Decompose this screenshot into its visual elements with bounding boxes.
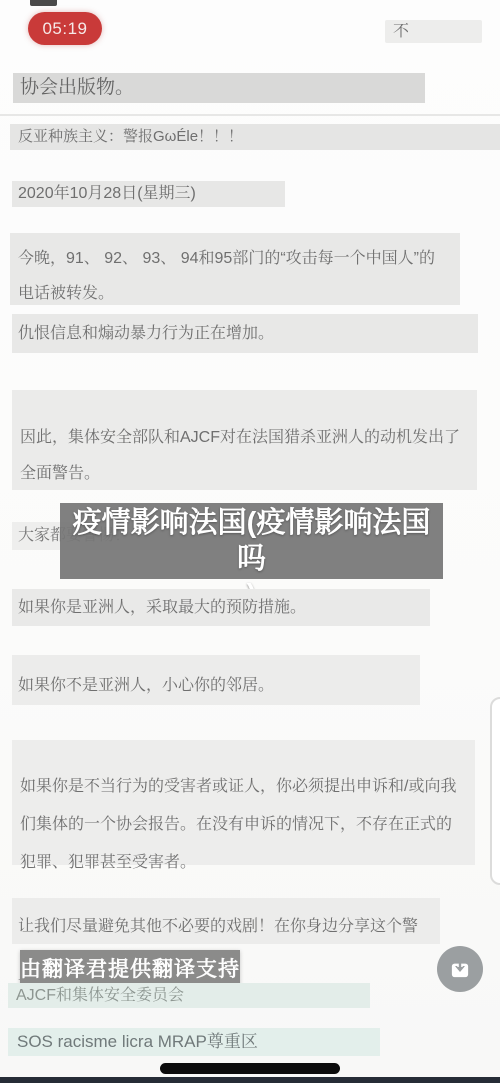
message-paragraph-neighbors: 如果你不是亚洲人，小心你的邻居。 <box>12 655 420 705</box>
reply-chip[interactable]: 不 <box>385 20 482 43</box>
bottom-edge-bar <box>0 1077 500 1083</box>
message-date: 2020年10月28日(星期三) <box>12 181 285 207</box>
section-divider <box>0 114 500 116</box>
home-indicator[interactable] <box>160 1063 340 1074</box>
message-paragraph-complaint: 如果你是不当行为的受害者或证人，你必须提出申诉和/或向我们集体的一个协会报告。在… <box>12 740 475 865</box>
message-paragraph-share: 让我们尽量避免其他不必要的戏剧！在你身边分享这个警报。 <box>12 898 440 944</box>
message-paragraph-warning: 因此，集体安全部队和AJCF对在法国猎杀亚洲人的动机发出了全面警告。 <box>12 390 477 490</box>
right-edge-card <box>490 697 500 885</box>
top-edge-fragment <box>30 0 57 6</box>
voice-time-badge[interactable]: 05:19 <box>28 12 102 45</box>
message-signature-sos: SOS racisme licra MRAP尊重区 <box>8 1028 380 1056</box>
message-paragraph-calls: 今晚，91、 92、 93、 94和95部门的“攻击每一个中国人”的电话被转发。 <box>10 233 460 305</box>
download-button[interactable] <box>437 946 483 992</box>
message-signature-ajcf: AJCF和集体安全委员会 <box>8 983 370 1008</box>
message-alert-title: 反亚种族主义：警报GωÉle！！！ <box>10 124 500 150</box>
download-icon <box>447 956 473 982</box>
article-title-overlay: 疫情影响法国(疫情影响法国吗 ) <box>60 503 443 579</box>
article-title-line1: 疫情影响法国(疫情影响法国吗 <box>60 505 443 577</box>
message-publication: 协会出版物。 <box>13 73 425 103</box>
message-paragraph-asian: 如果你是亚洲人，采取最大的预防措施。 <box>12 589 430 626</box>
chat-screenshot: 05:19 不 协会出版物。 反亚种族主义：警报GωÉle！！！ 2020年10… <box>0 0 500 1083</box>
message-paragraph-hate: 仇恨信息和煽动暴力行为正在增加。 <box>12 314 478 353</box>
